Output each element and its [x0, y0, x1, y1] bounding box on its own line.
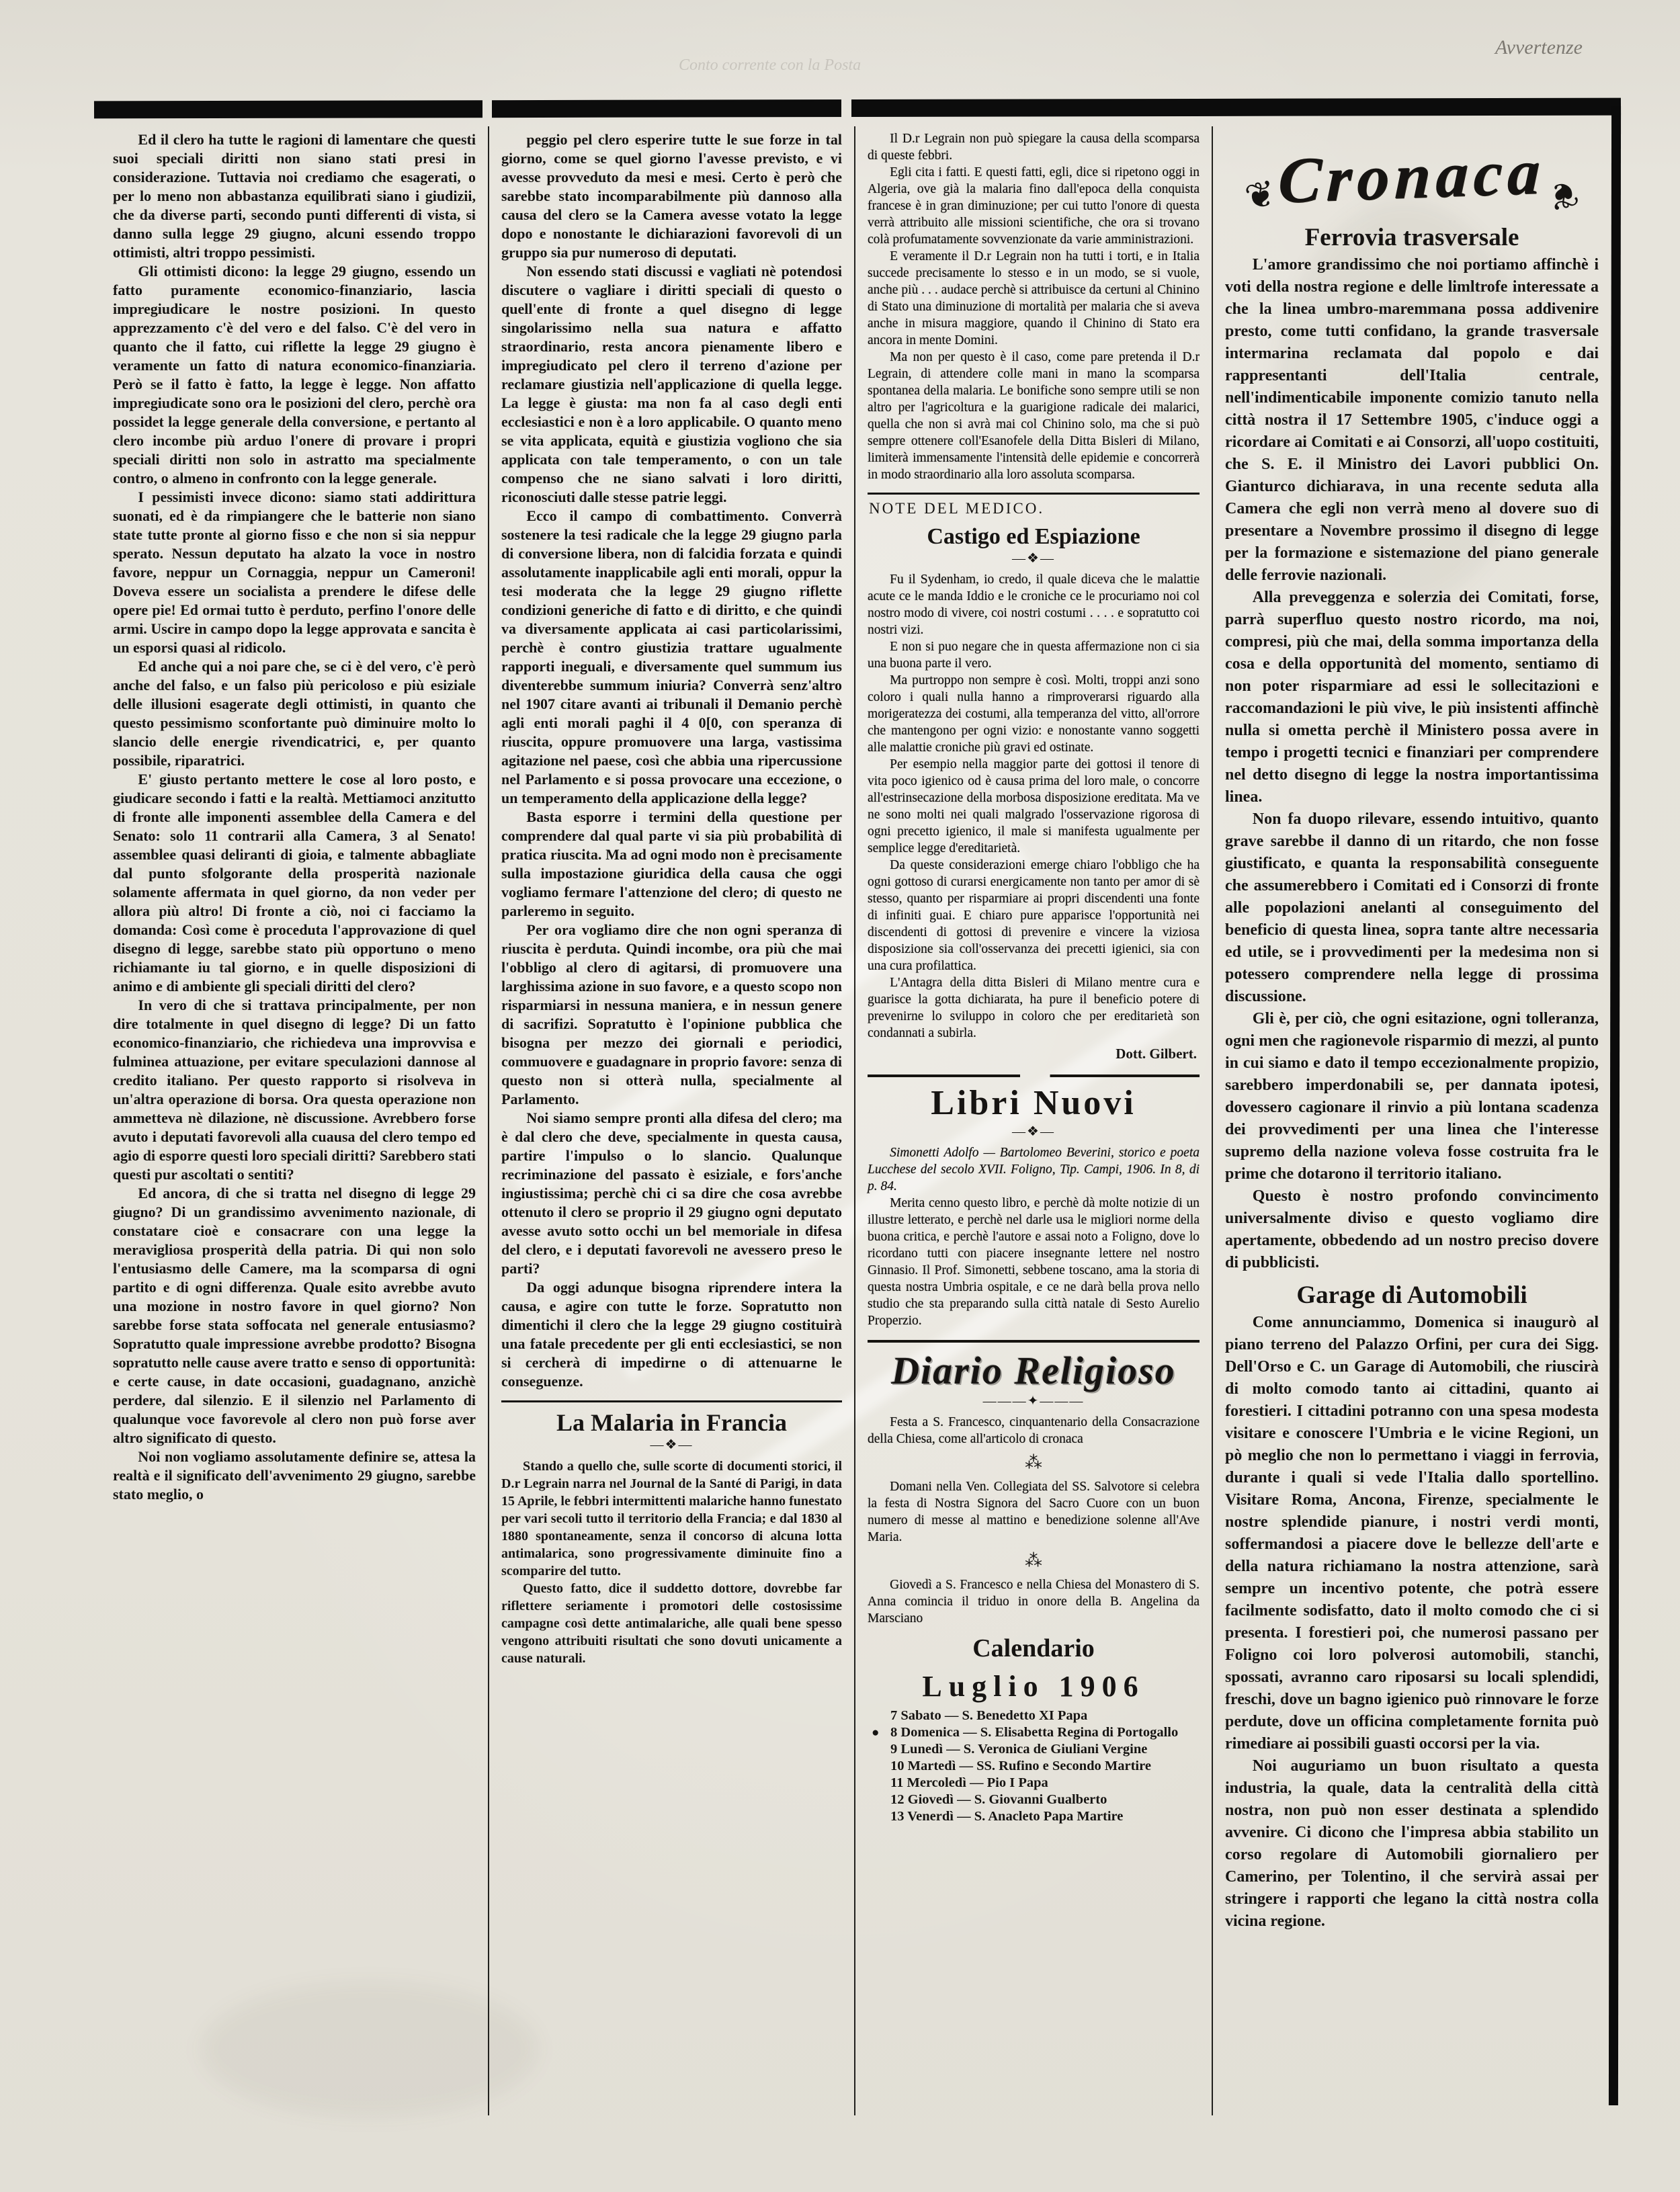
editorial-paragraph: Ed anche qui a noi pare che, se ci è del… — [113, 657, 476, 770]
calendar-entry: 7 Sabato — S. Benedetto XI Papa — [890, 1708, 1200, 1724]
ferrovia-paragraph: Alla preveggenza e solerzia dei Comitati… — [1225, 587, 1599, 808]
diario-paragraph: Festa a S. Francesco, cinquantenario del… — [868, 1414, 1200, 1447]
editorial-paragraph: Ecco il campo di combattimento. Converrà… — [501, 507, 842, 808]
editorial-paragraph: Per ora vogliamo dire che non ogni spera… — [501, 921, 842, 1109]
moon-marker-icon: ● — [872, 1724, 879, 1741]
calendar-entry: 11 Mercoledì — Pio I Papa — [890, 1775, 1200, 1791]
ferrovia-paragraph: Questo è nostro profondo convincimento u… — [1225, 1185, 1599, 1274]
asterism-icon: ⁂ — [868, 1453, 1200, 1473]
editorial-paragraph: Non essendo stati discussi e vagliati nè… — [501, 262, 842, 507]
castigo-paragraph: Da queste considerazioni emerge chiaro l… — [868, 857, 1200, 974]
calendar-entry: 12 Giovedì — S. Giovanni Gualberto — [890, 1791, 1200, 1808]
floral-flourish-icon: ❦ — [1544, 171, 1583, 219]
editorial-paragraph: I pessimisti invece dicono: siamo stati … — [113, 488, 476, 657]
masthead-avvertenze-fragment: Avvertenze — [1495, 36, 1583, 59]
rule-divider-icon: ———✦——— — [868, 1394, 1200, 1408]
article-signature: Dott. Gilbert. — [868, 1046, 1197, 1062]
masthead-ghost-fragment: Conto corrente con la Posta — [679, 56, 861, 75]
castigo-section-title: Castigo ed Espiazione — [868, 524, 1200, 550]
malaria-section-title: La Malaria in Francia — [501, 1409, 842, 1436]
castigo-paragraph: Ma purtroppo non sempre è così. Molti, t… — [868, 672, 1200, 756]
castigo-paragraph: Per esempio nella maggior parte dei gott… — [868, 756, 1200, 857]
editorial-paragraph: E' giusto pertanto mettere le cose al lo… — [113, 770, 476, 996]
column-cronaca: ❦ Cronaca ❦ Ferrovia trasversale L'amore… — [1213, 126, 1611, 2115]
ferrovia-paragraph: Gli è, per ciò, che ogni esitazione, ogn… — [1225, 1008, 1599, 1185]
diario-paragraph: Domani nella Ven. Collegiata del SS. Sal… — [868, 1478, 1200, 1546]
editorial-paragraph: Noi siamo sempre pronti alla difesa del … — [501, 1109, 842, 1278]
double-rule — [868, 1074, 1200, 1077]
newspaper-page: Conto corrente con la Posta Avvertenze E… — [0, 0, 1680, 2192]
ferrovia-paragraph: Non fa duopo rilevare, essendo intuitivo… — [1225, 808, 1599, 1008]
masthead-rule — [94, 98, 1621, 119]
castigo-paragraph: E non si puo negare che in questa afferm… — [868, 638, 1200, 672]
garage-paragraph: Come annunciammo, Domenica si inaugurò a… — [1225, 1312, 1599, 1755]
garage-paragraph: Noi auguriamo un buon risultato a questa… — [1225, 1755, 1599, 1933]
legrain-paragraph: Egli cita i fatti. E questi fatti, egli,… — [868, 164, 1200, 248]
saints-calendar-list: 7 Sabato — S. Benedetto XI Papa ●8 Domen… — [868, 1708, 1200, 1825]
column-medical-news: Il D.r Legrain non può spiegare la causa… — [855, 126, 1213, 2115]
castigo-paragraph: L'Antagra della ditta Bisleri di Milano … — [868, 974, 1200, 1042]
calendar-entry: 9 Lunedì — S. Veronica de Giuliani Vergi… — [890, 1741, 1200, 1758]
malaria-paragraph: Stando a quello che, sulle scorte di doc… — [501, 1458, 842, 1580]
legrain-paragraph: Il D.r Legrain non può spiegare la causa… — [868, 130, 1200, 164]
calendario-title: Calendario — [868, 1634, 1200, 1663]
editorial-paragraph: Da oggi adunque bisogna riprendere inter… — [501, 1278, 842, 1391]
editorial-paragraph: Ed ancora, di che si tratta nel disegno … — [113, 1184, 476, 1447]
editorial-paragraph: Basta esporre i termini della questione … — [501, 808, 842, 921]
castigo-paragraph: Fu il Sydenham, io credo, il quale dicev… — [868, 571, 1200, 638]
editorial-paragraph: Noi non vogliamo assolutamente definire … — [113, 1447, 476, 1504]
malaria-paragraph: Questo fatto, dice il suddetto dottore, … — [501, 1580, 842, 1667]
calendar-entry: ●8 Domenica — S. Elisabetta Regina di Po… — [890, 1724, 1200, 1741]
diario-paragraph: Giovedì a S. Francesco e nella Chiesa de… — [868, 1576, 1200, 1627]
column-editorial-2: peggio pel clero esperire tutte le sue f… — [489, 126, 855, 2115]
editorial-paragraph: Gli ottimisti dicono: la legge 29 giugno… — [113, 262, 476, 488]
book-reference: Simonetti Adolfo — Bartolomeo Beverini, … — [868, 1144, 1200, 1195]
diario-religioso-title: Diario Religioso — [868, 1349, 1200, 1392]
calendario-month: Luglio 1906 — [868, 1670, 1200, 1703]
libri-nuovi-title: Libri Nuovi — [868, 1084, 1200, 1123]
legrain-paragraph: Ma non per questo è il caso, come pare p… — [868, 349, 1200, 483]
column-editorial-1: Ed il clero ha tutte le ragioni di lamen… — [101, 126, 489, 2115]
editorial-paragraph: In vero di che si trattava principalment… — [113, 996, 476, 1184]
garage-title: Garage di Automobili — [1225, 1281, 1599, 1310]
calendar-entry: 10 Martedì — SS. Rufino e Secondo Martir… — [890, 1758, 1200, 1775]
fleuron-divider-icon: —❖— — [868, 551, 1200, 566]
floral-flourish-icon: ❦ — [1241, 171, 1279, 219]
column-grid: Ed il clero ha tutte le ragioni di lamen… — [101, 126, 1611, 2115]
editorial-paragraph: peggio pel clero esperire tutte le sue f… — [501, 130, 842, 262]
cronaca-title: Cronaca — [1277, 138, 1547, 214]
note-medico-kicker: NOTE DEL MEDICO. — [869, 500, 1200, 517]
section-rule — [868, 493, 1200, 495]
editorial-paragraph: Ed il clero ha tutte le ragioni di lamen… — [113, 130, 476, 262]
ferrovia-title: Ferrovia trasversale — [1225, 223, 1599, 253]
asterism-icon: ⁂ — [868, 1551, 1200, 1571]
fleuron-divider-icon: —❖— — [868, 1124, 1200, 1139]
calendar-entry: 13 Venerdì — S. Anacleto Papa Martire — [890, 1808, 1200, 1825]
book-review-paragraph: Merita cenno questo libro, e perchè dà m… — [868, 1195, 1200, 1329]
fleuron-divider-icon: —❖— — [501, 1437, 842, 1452]
section-rule — [501, 1400, 842, 1402]
section-rule — [868, 1340, 1200, 1343]
cronaca-ornate-header: ❦ Cronaca ❦ — [1225, 142, 1599, 216]
ferrovia-paragraph: L'amore grandissimo che noi portiamo aff… — [1225, 254, 1599, 587]
legrain-paragraph: E veramente il D.r Legrain non ha tutti … — [868, 248, 1200, 349]
